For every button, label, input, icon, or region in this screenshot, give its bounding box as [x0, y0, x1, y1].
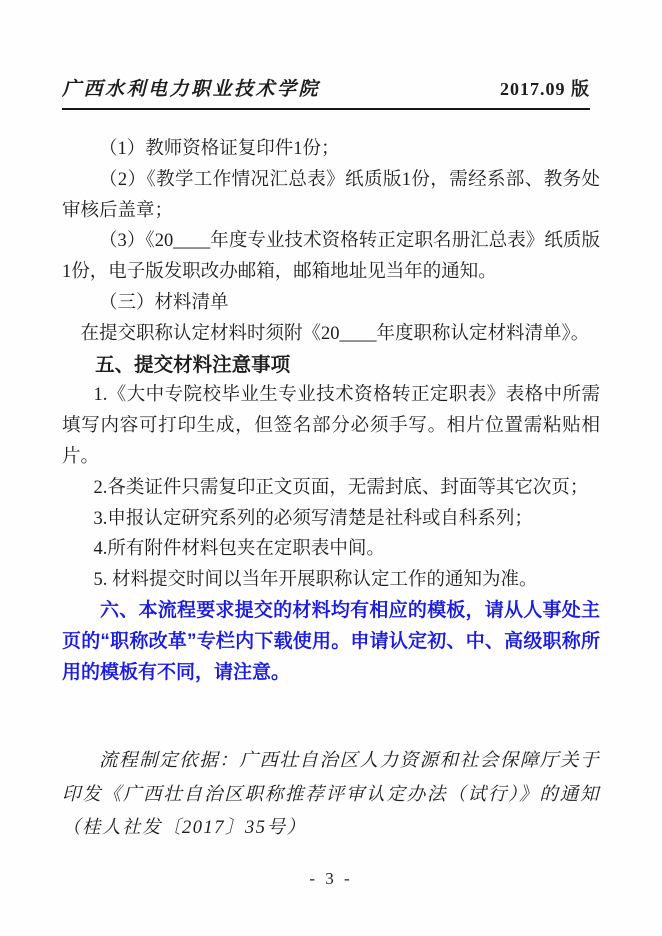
note-4: 4.所有附件材料包夹在定职表中间。 [62, 534, 600, 565]
document-body: （1）教师资格证复印件1份； （2）《教学工作情况汇总表》纸质版1份，需经系部、… [62, 106, 600, 846]
note-3: 3.申报认定研究系列的必须写清楚是社科或自科系列； [62, 504, 600, 535]
document-page: 广西水利电力职业技术学院 2017.09 版 （1）教师资格证复印件1份； （2… [0, 0, 662, 936]
note-2: 2.各类证件只需复印正文页面，无需封底、封面等其它次页； [62, 473, 600, 504]
school-name: 广西水利电力职业技术学院 [62, 74, 320, 101]
version-label: 2017.09 版 [500, 75, 590, 101]
section-6-paragraph: 六、本流程要求提交的材料均有相应的模板，请从人事处主页的“职称改革”专栏内下载使… [62, 596, 600, 688]
note-5: 5. 材料提交时间以当年开展职称认定工作的通知为准。 [62, 565, 600, 596]
page-number: - 3 - [0, 869, 662, 889]
section-3-note: 在提交职称认定材料时须附《20____年度职称认定材料清单》。 [62, 319, 600, 350]
section-5-heading: 五、提交材料注意事项 [62, 350, 600, 381]
page-header: 广西水利电力职业技术学院 2017.09 版 [62, 74, 590, 110]
item-1: （1）教师资格证复印件1份； [62, 134, 600, 165]
basis-paragraph: 流程制定依据：广西壮自治区人力资源和社会保障厅关于印发《广西壮自治区职称推荐评审… [62, 745, 600, 846]
note-1: 1.《大中专院校毕业生专业技术资格转正定职表》表格中所需填写内容可打印生成，但签… [62, 380, 600, 472]
item-2: （2）《教学工作情况汇总表》纸质版1份，需经系部、教务处审核后盖章； [62, 165, 600, 227]
item-3: （3）《20____年度专业技术资格转正定职名册汇总表》纸质版1份，电子版发职改… [62, 226, 600, 288]
section-3-title: （三）材料清单 [62, 288, 600, 319]
